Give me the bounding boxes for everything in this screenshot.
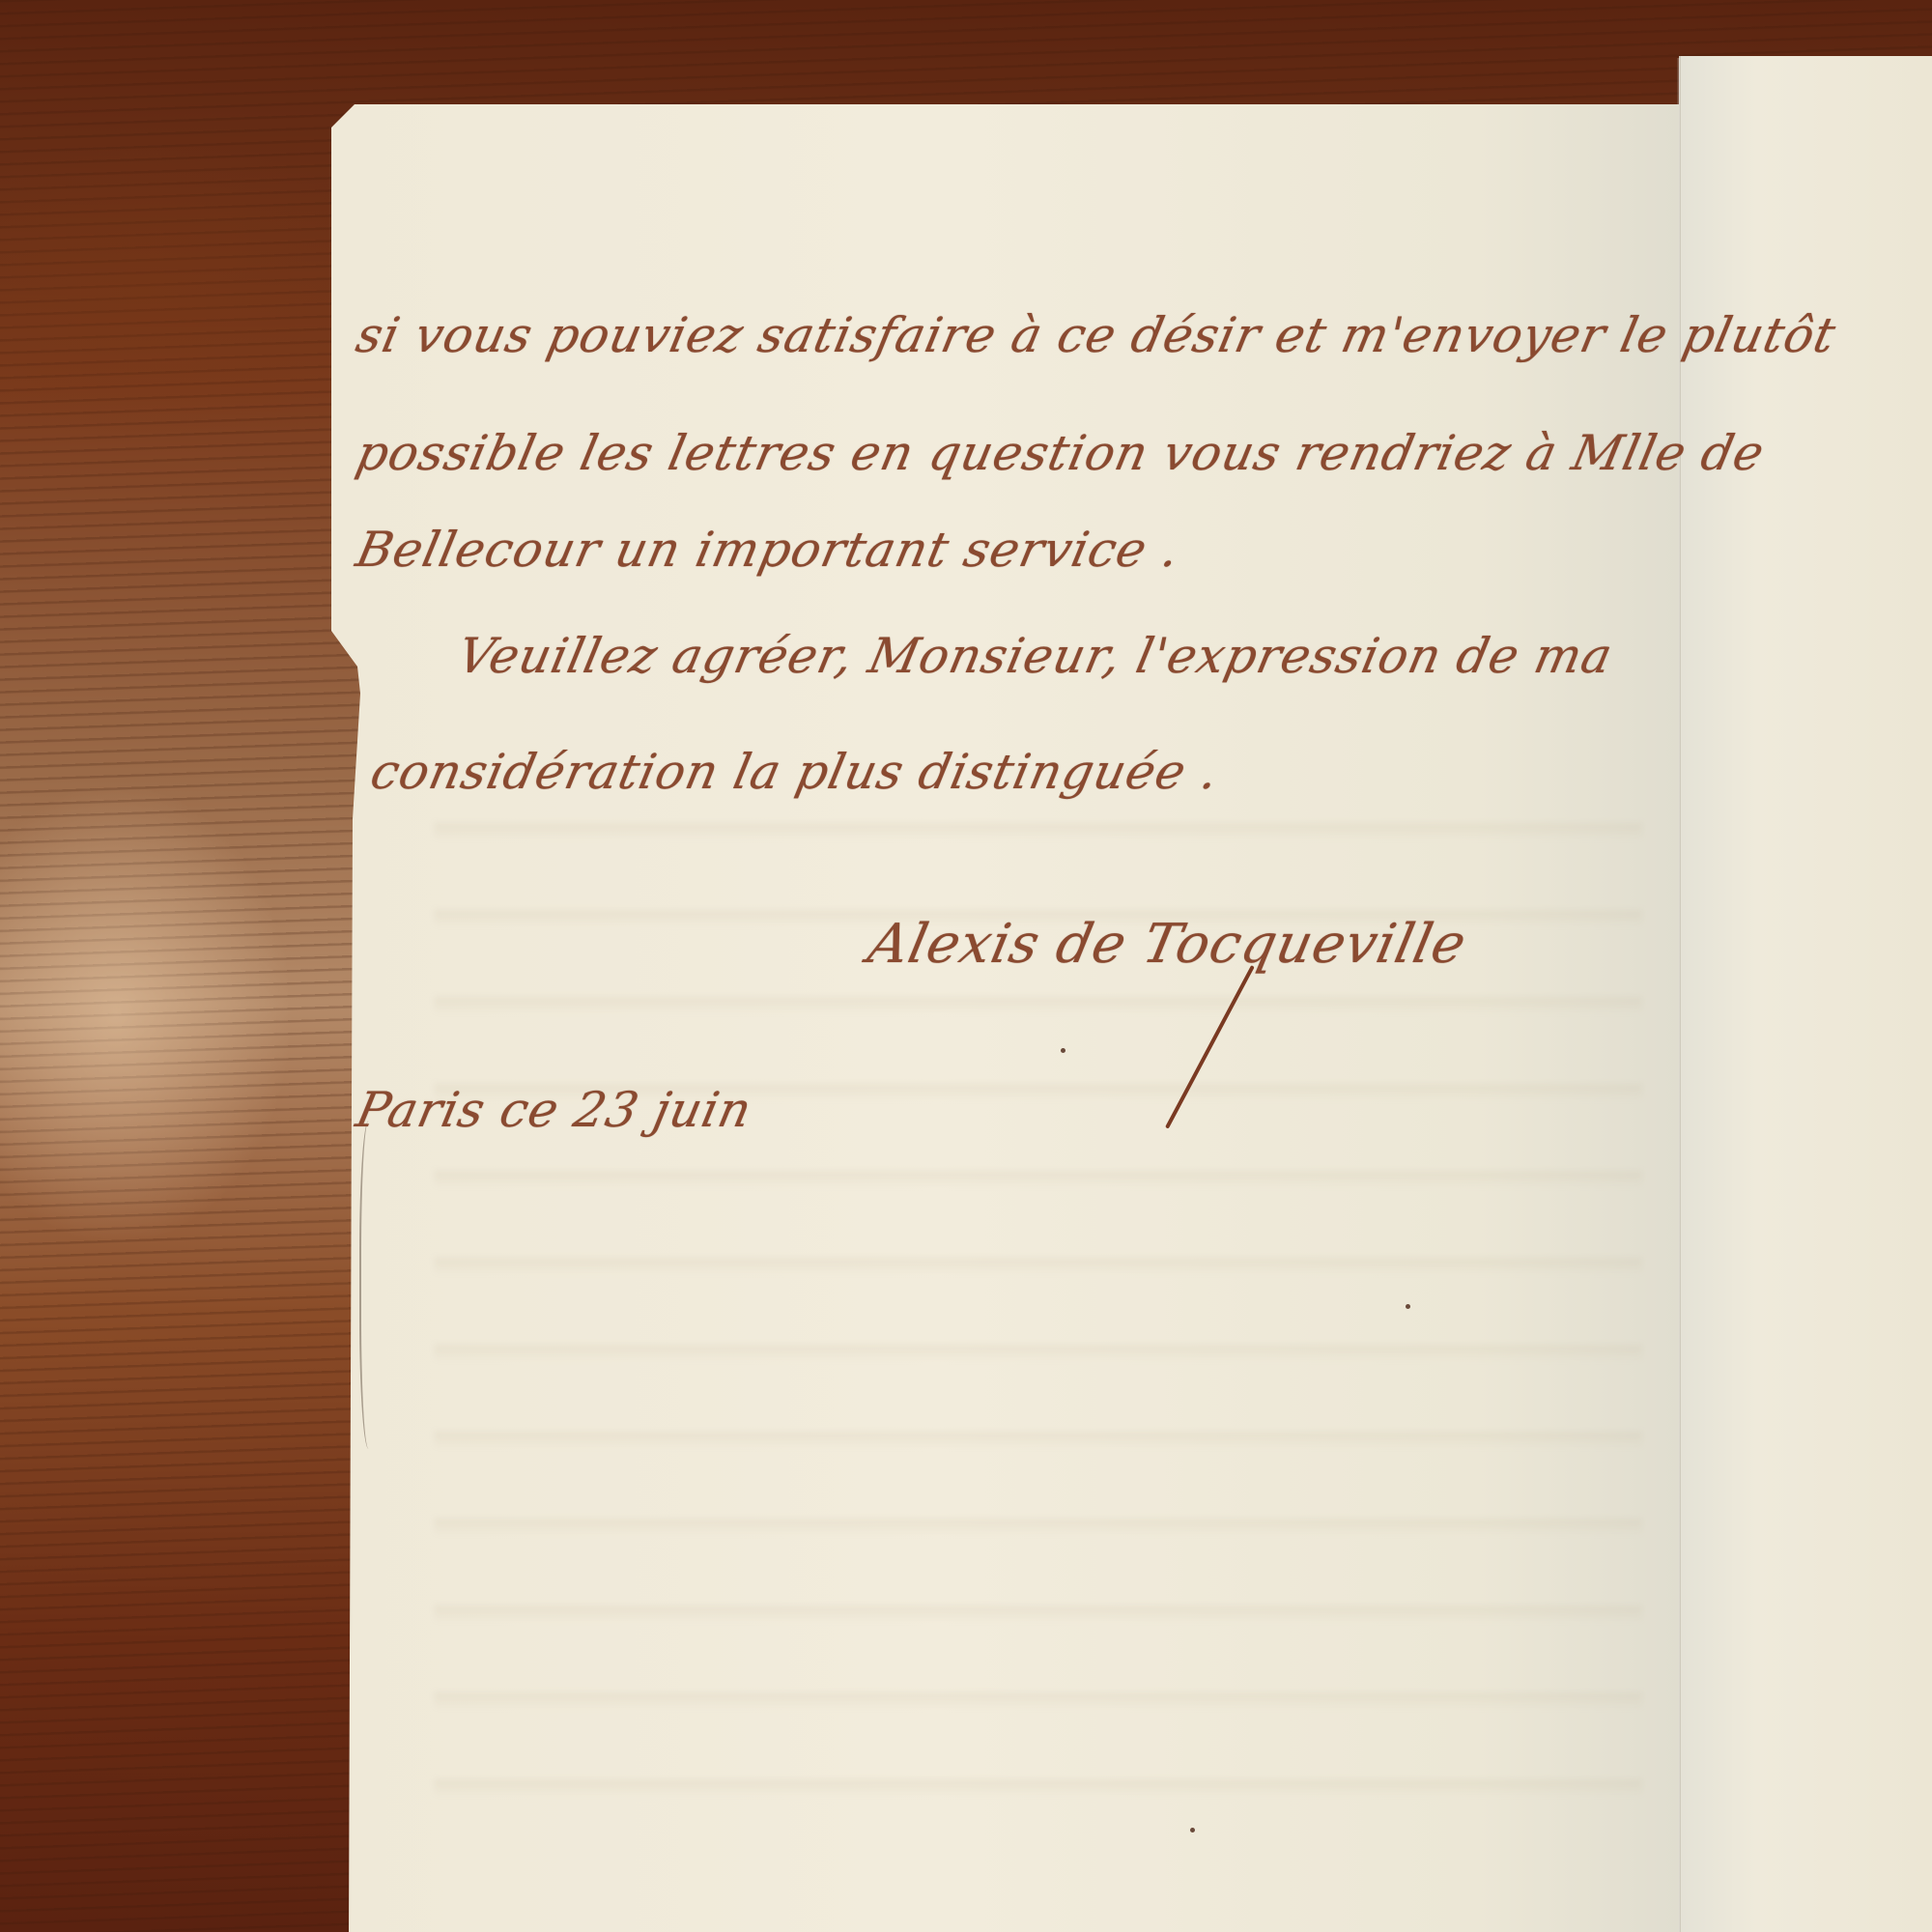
paper-tear (359, 1121, 383, 1449)
letter-line-1: si vous pouviez satisfaire à ce désir et… (352, 307, 1841, 363)
closing-line-1: Veuillez agréer, Monsieur, l'expression … (453, 628, 1618, 684)
ink-speck (1406, 1304, 1410, 1309)
ink-speck (1061, 1048, 1065, 1053)
letter-line-2: possible les lettres en question vous re… (352, 425, 1770, 481)
place-date-line: Paris ce 23 juin (352, 1082, 757, 1138)
letter-line-3: Bellecour un important service . (352, 522, 1185, 578)
signature: Alexis de Tocqueville (863, 913, 1472, 976)
closing-line-2: considération la plus distinguée . (366, 744, 1224, 800)
ink-speck (1190, 1828, 1195, 1833)
